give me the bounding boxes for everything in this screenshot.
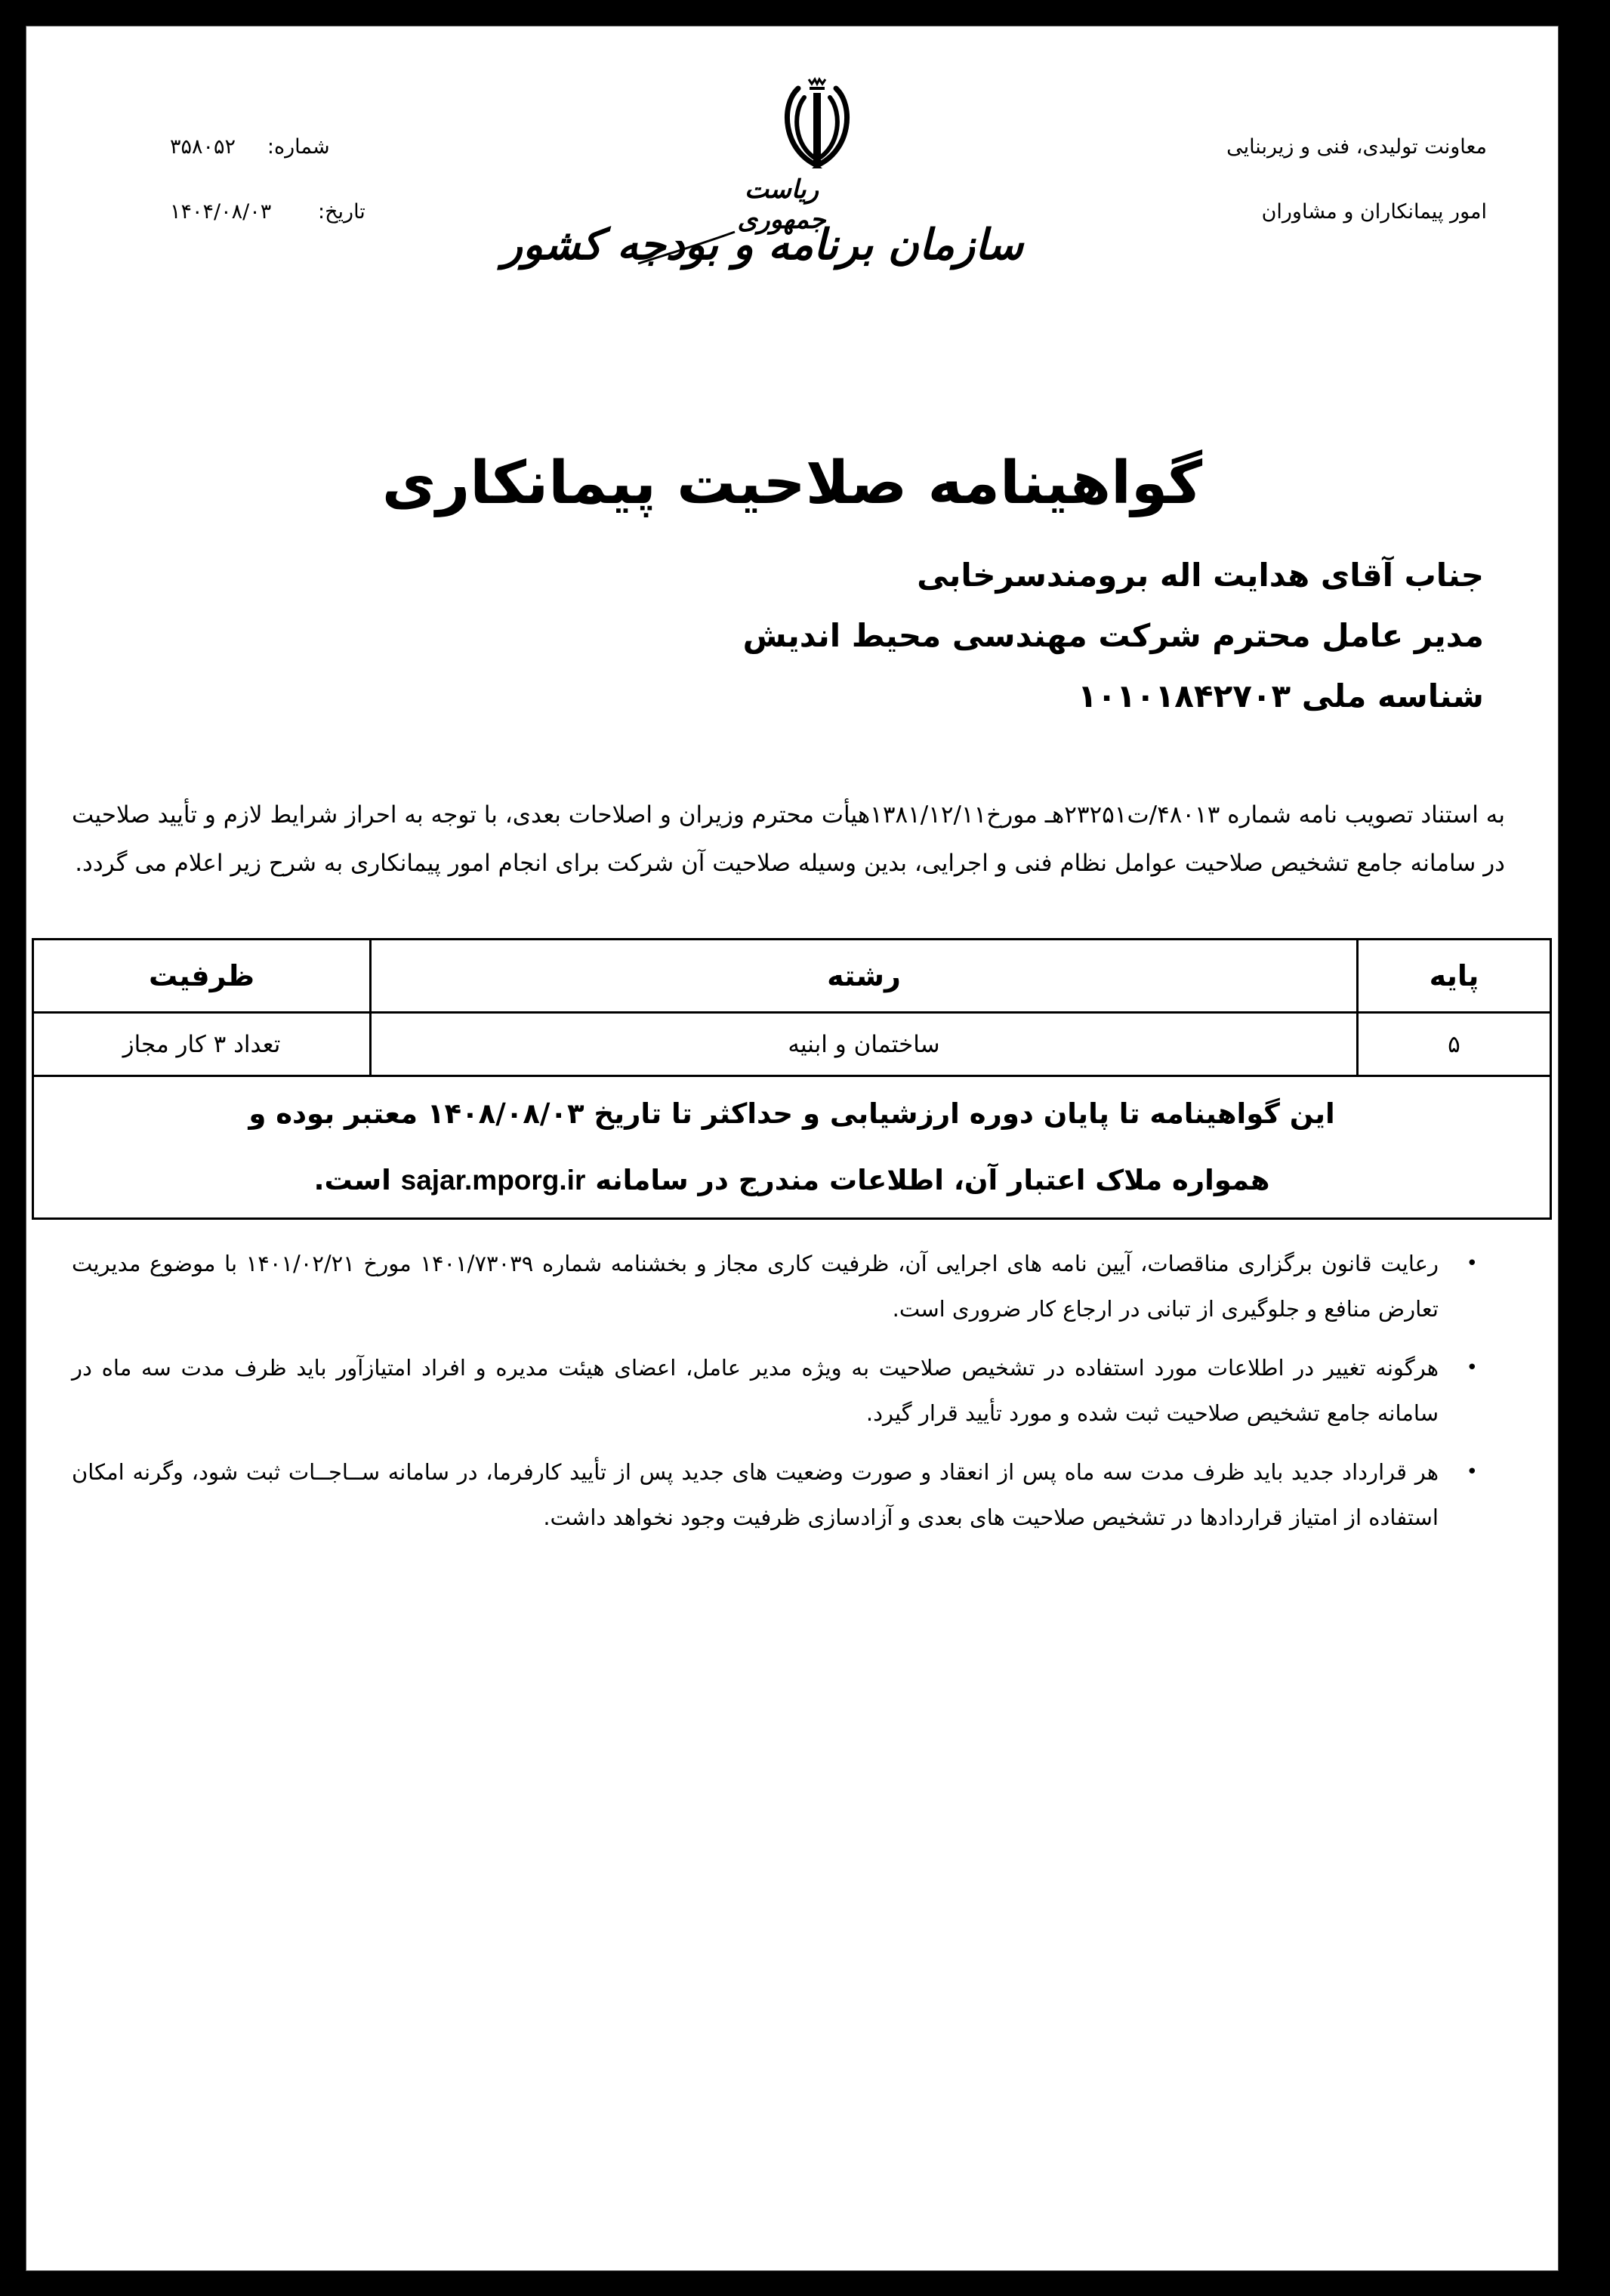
certificate-title: گواهینامه صلاحیت پیمانکاری [26, 449, 1558, 517]
list-item: • رعایت قانون برگزاری مناقصات، آیین نامه… [72, 1241, 1505, 1332]
header-capacity: ظرفیت [33, 940, 371, 1013]
bullet-icon: • [1467, 1345, 1478, 1390]
date-value: ۱۴۰۴/۰۸/۰۳ [170, 200, 271, 224]
table-header-row: پایه رشته ظرفیت [33, 940, 1551, 1013]
conditions-list: • رعایت قانون برگزاری مناقصات، آیین نامه… [72, 1241, 1505, 1554]
notice-line-1: این گواهینامه تا پایان دوره ارزشیابی و ح… [34, 1081, 1550, 1147]
condition-text: هر قرارداد جدید باید ظرف مدت سه ماه پس ا… [72, 1459, 1439, 1530]
cell-capacity: تعداد ۳ کار مجاز [33, 1013, 371, 1076]
notice-line-2-after: است. [313, 1164, 390, 1196]
cell-base: ۵ [1358, 1013, 1551, 1076]
department-name: معاونت تولیدی، فنی و زیربنایی [1226, 135, 1487, 159]
qualification-table: پایه رشته ظرفیت ۵ ساختمان و ابنیه تعداد … [32, 938, 1552, 1220]
table-row: ۵ ساختمان و ابنیه تعداد ۳ کار مجاز [33, 1013, 1551, 1076]
addressee-name: جناب آقای هدایت اله برومندسرخابی [917, 557, 1484, 594]
iran-emblem-icon [776, 75, 859, 173]
validity-notice: این گواهینامه تا پایان دوره ارزشیابی و ح… [33, 1076, 1551, 1219]
letter-date: تاریخ: ۱۴۰۴/۰۸/۰۳ [170, 200, 365, 224]
bullet-icon: • [1467, 1449, 1478, 1495]
header-base: پایه [1358, 940, 1551, 1013]
list-item: • هر قرارداد جدید باید ظرف مدت سه ماه پس… [72, 1449, 1505, 1540]
addressee-position: مدیر عامل محترم شرکت مهندسی محیط اندیش [743, 617, 1484, 654]
condition-text: رعایت قانون برگزاری مناقصات، آیین نامه ه… [72, 1251, 1439, 1322]
organization-logo-text: سازمان برنامه و بودجه کشور [585, 220, 1023, 270]
header-field: رشته [371, 940, 1358, 1013]
intro-paragraph: به استناد تصویب نامه شماره ۴۸۰۱۳/ت۲۳۲۵۱ه… [72, 791, 1505, 887]
list-item: • هرگونه تغییر در اطلاعات مورد استفاده د… [72, 1345, 1505, 1436]
sajar-website-link[interactable]: sajar.mporg.ir [401, 1165, 586, 1196]
notice-line-2-before: همواره ملاک اعتبار آن، اطلاعات مندرج در … [595, 1164, 1269, 1196]
condition-text: هرگونه تغییر در اطلاعات مورد استفاده در … [72, 1355, 1439, 1426]
national-id: شناسه ملی ۱۰۱۰۱۸۴۲۷۰۳ [1078, 677, 1484, 714]
department-subunit: امور پیمانکاران و مشاوران [1262, 200, 1487, 224]
certificate-page: معاونت تولیدی، فنی و زیربنایی امور پیمان… [26, 26, 1559, 2271]
letter-number: شماره: ۳۵۸۰۵۲ [170, 135, 330, 159]
date-label: تاریخ: [304, 200, 365, 224]
number-value: ۳۵۸۰۵۲ [170, 135, 236, 159]
cell-field: ساختمان و ابنیه [371, 1013, 1358, 1076]
validity-notice-row: این گواهینامه تا پایان دوره ارزشیابی و ح… [33, 1076, 1551, 1219]
bullet-icon: • [1467, 1241, 1478, 1286]
notice-line-2: همواره ملاک اعتبار آن، اطلاعات مندرج در … [34, 1147, 1550, 1214]
number-label: شماره: [268, 135, 330, 159]
